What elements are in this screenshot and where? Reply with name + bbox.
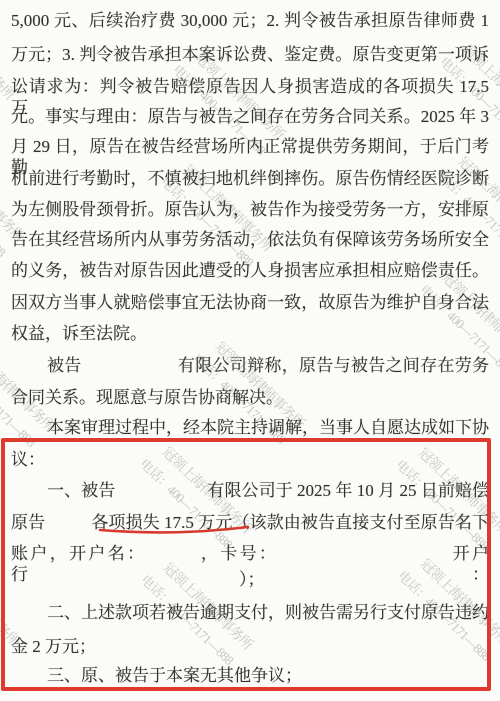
document-line: 三、原、被告于本案无其他争议；: [11, 665, 489, 686]
text-run: 合同关系。现愿意与原告协商解决。: [11, 388, 283, 407]
document-line: 的义务，被告对原告因此遭受的人身损害应承担相应赔偿责任。: [11, 260, 489, 281]
document-text-layer: 5,000 元、后续治疗费 30,000 元；2. 判令被告承担原告律师费 1万…: [0, 0, 500, 701]
document-line: 金 2 万元；: [11, 636, 489, 657]
document-line: 一、被告有限公司于 2025 年 10 月 25 日前赔偿: [11, 480, 489, 501]
text-run: 因双方当事人就赔偿事宜无法协商一致，故原告为维护自身合法: [11, 293, 489, 312]
document-line: 二、上述款项若被告逾期支付，则被告需另行支付原告违约: [11, 602, 489, 623]
text-run: 权益，诉至法院。: [11, 324, 147, 343]
text-run: 原告: [11, 513, 45, 532]
redacted-blank: [147, 554, 199, 556]
document-line: 议：: [11, 449, 489, 470]
text-run: 被告: [47, 356, 82, 375]
text-run: ，卡号：: [199, 544, 279, 563]
document-line: 告在其经营场所内从事劳务活动，依法负有保障该劳务场所安全: [11, 229, 489, 250]
redacted-blank: [11, 580, 239, 582]
text-run: 三、原、被告于本案无其他争议；: [47, 666, 302, 685]
text-run: 告在其经营场所内从事劳务活动，依法负有保障该劳务场所安全: [11, 230, 489, 249]
text-run: 5,000 元、后续治疗费 30,000 元；2. 判令被告承担原告律师费 1: [11, 11, 489, 30]
redacted-blank: [115, 491, 207, 493]
text-run: 账户，开户名：: [11, 544, 147, 563]
text-run: 元。事实与理由：原告与被告之间存在劳务合同关系。2025 年 3: [11, 107, 489, 126]
scanned-document-page: 冠领上海律师事务所电话：400—7171—888冠领上海律师事务所电话：400—…: [0, 0, 500, 701]
document-line: 被告有限公司辩称，原告与被告之间存在劳务: [11, 355, 489, 376]
text-run: 本案审理过程中，经本院主持调解，当事人自愿达成如下协: [47, 418, 489, 437]
text-run: 机前进行考勤时，不慎被扫地机绊倒摔伤。原告伤情经医院诊断: [11, 169, 489, 188]
text-run: 金 2 万元；: [11, 637, 96, 656]
document-line: ）；: [11, 569, 489, 590]
document-line: 原告各项损失 17.5 万元（该款由被告直接支付至原告名下: [11, 512, 489, 533]
text-run: 为左侧股骨颈骨折。原告认为，被告作为接受劳务一方，安排原: [11, 200, 489, 219]
text-run: 有限公司辩称，原告与被告之间存在劳务: [178, 356, 489, 375]
redacted-blank: [278, 554, 450, 556]
document-line: 本案审理过程中，经本院主持调解，当事人自愿达成如下协: [11, 417, 489, 438]
document-line: 为左侧股骨颈骨折。原告认为，被告作为接受劳务一方，安排原: [11, 199, 489, 220]
text-run: 的义务，被告对原告因此遭受的人身损害应承担相应赔偿责任。: [11, 261, 489, 280]
redacted-blank: [82, 366, 178, 368]
text-run: 有限公司于 2025 年 10 月 25 日前赔偿: [207, 481, 489, 500]
document-line: 机前进行考勤时，不慎被扫地机绊倒摔伤。原告伤情经医院诊断: [11, 168, 489, 189]
document-line: 元。事实与理由：原告与被告之间存在劳务合同关系。2025 年 3: [11, 106, 489, 127]
text-run: 各项损失 17.5 万元（该款由被告直接支付至原告名下: [91, 513, 489, 532]
text-run: ）；: [239, 570, 265, 589]
text-run: 一、被告: [47, 481, 115, 500]
document-line: 5,000 元、后续治疗费 30,000 元；2. 判令被告承担原告律师费 1: [11, 10, 489, 31]
text-run: 议：: [11, 450, 45, 469]
text-run: 万元；3. 判令被告承担本案诉讼费、鉴定费。原告变更第一项诉: [11, 45, 489, 64]
document-line: 因双方当事人就赔偿事宜无法协商一致，故原告为维护自身合法: [11, 292, 489, 313]
text-run: 二、上述款项若被告逾期支付，则被告需另行支付原告违约: [47, 603, 489, 622]
document-line: 万元；3. 判令被告承担本案诉讼费、鉴定费。原告变更第一项诉: [11, 44, 489, 65]
document-line: 合同关系。现愿意与原告协商解决。: [11, 387, 489, 408]
redacted-blank: [45, 523, 91, 525]
document-line: 权益，诉至法院。: [11, 323, 489, 344]
